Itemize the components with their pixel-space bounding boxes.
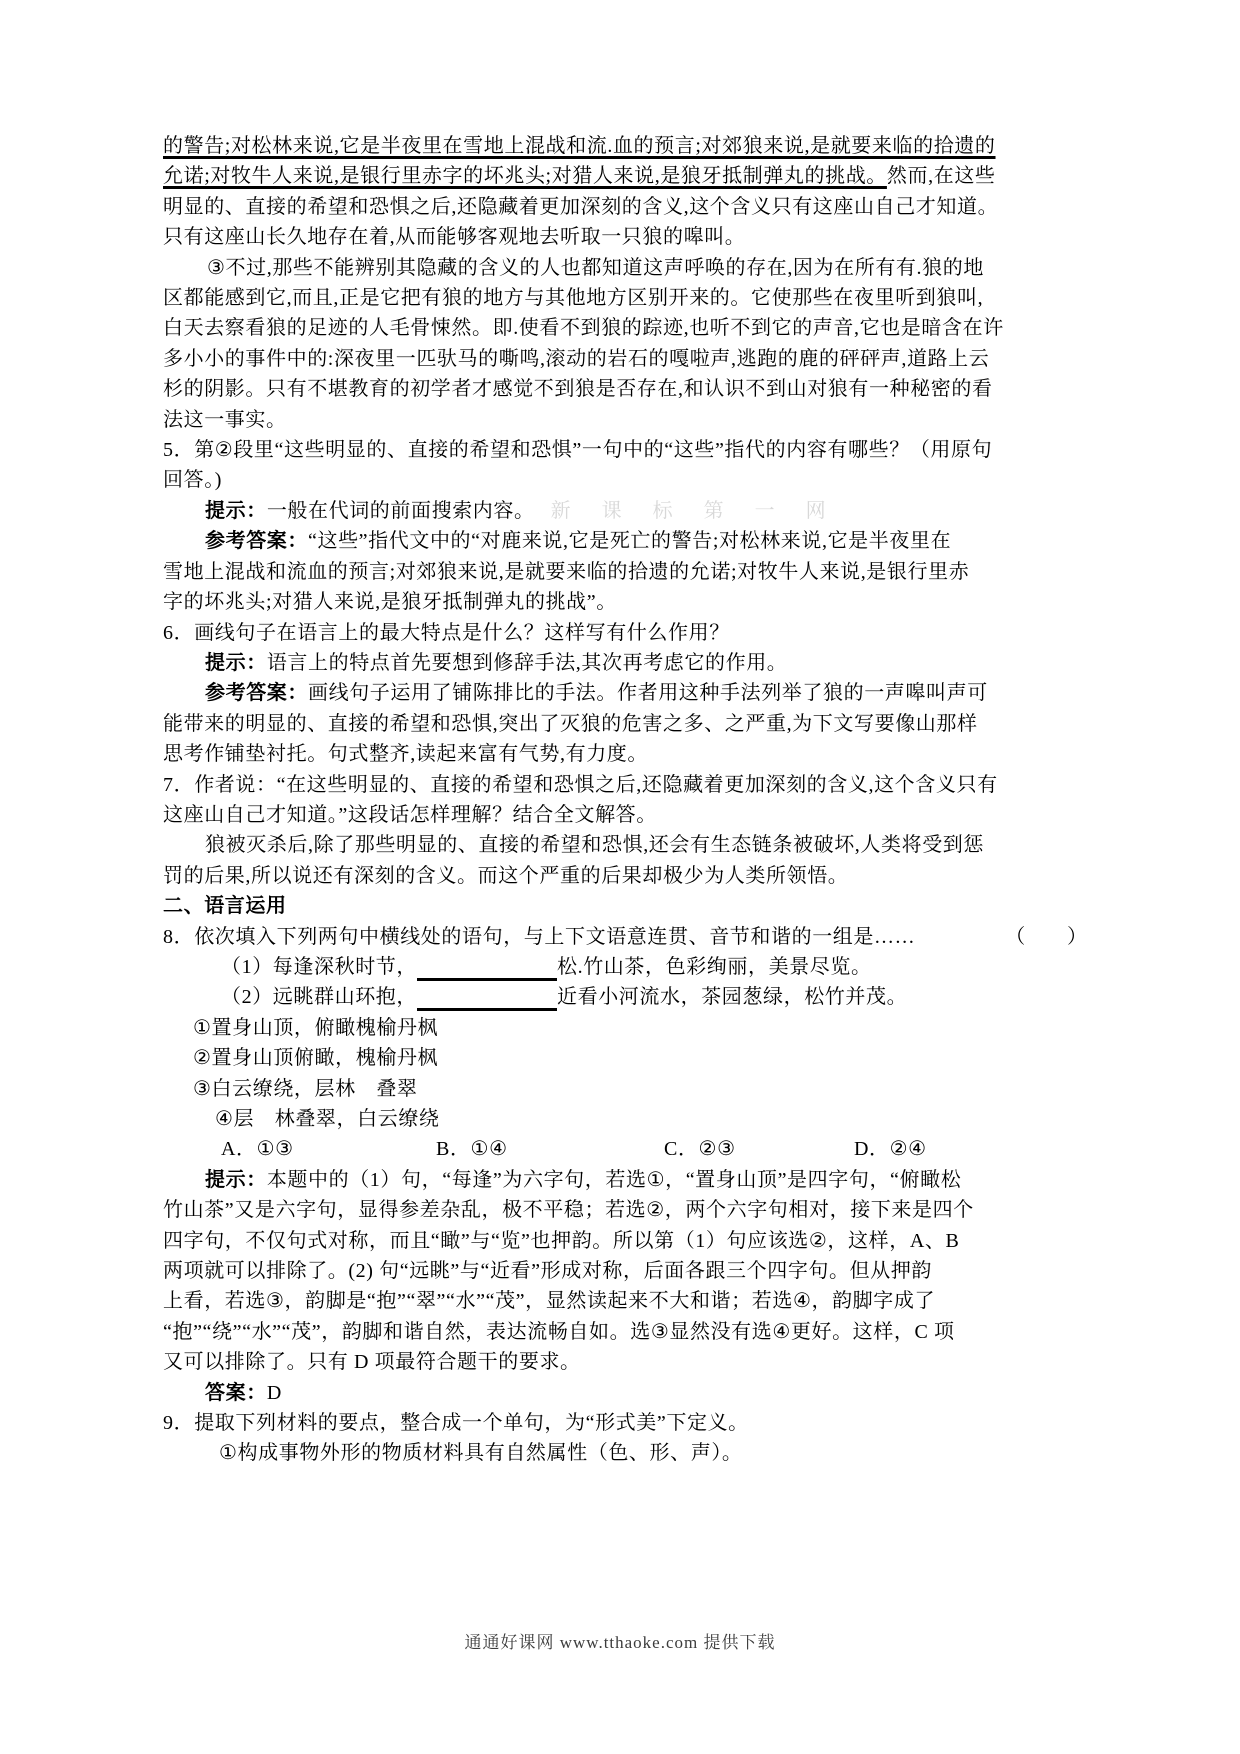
text-line: 多小小的事件中的:深夜里一匹驮马的嘶鸣,滚动的岩石的嘎啦声,逃跑的鹿的砰砰声,道…	[163, 344, 1088, 374]
text-line: 提示：本题中的（1）句，“每逢”为六字句，若选①，“置身山顶”是四字句，“俯瞰松	[163, 1165, 1088, 1195]
text-line: 的警告;对松林来说,它是半夜里在雪地上混战和流.血的预言;对郊狼来说,是就要来临…	[163, 131, 1088, 161]
text-run: 9．提取下列材料的要点，整合成一个单句，为“形式美”下定义。	[163, 1412, 749, 1434]
text-run: D	[267, 1382, 282, 1404]
text-run: （ ）	[1005, 926, 1087, 948]
text-run: 两项就可以排除了。(2) 句“远眺”与“近看”形成对称，后面各跟三个四字句。但从…	[163, 1260, 932, 1282]
text-run: “这些”指代文中的“对鹿来说,它是死亡的警告;对松林来说,它是半夜里在	[308, 530, 951, 552]
text-run: 然而,在这些	[887, 165, 996, 187]
text-line: 区都能感到它,而且,正是它把有狼的地方与其他地方区别开来的。它使那些在夜里听到狼…	[163, 283, 1088, 313]
text-line: ①置身山顶，俯瞰槐榆丹枫	[163, 1013, 1088, 1043]
text-run: 语言上的特点首先要想到修辞手法,其次再考虑它的作用。	[267, 652, 788, 674]
text-run: 竹山茶”又是六字句，显得参差杂乱，极不平稳；若选②，两个六字句相对，接下来是四个	[163, 1199, 974, 1221]
blank-underline	[417, 1008, 557, 1011]
option-item: A．①③	[221, 1134, 436, 1164]
text-run: ①置身山顶，俯瞰槐榆丹枫	[193, 1017, 438, 1039]
text-line: 雪地上混战和流血的预言;对郊狼来说,是就要来临的拾遗的允诺;对牧牛人来说,是银行…	[163, 557, 1088, 587]
watermark-text: 新 课 标 第 一 网	[551, 500, 839, 522]
text-run: ①构成事物外形的物质材料具有自然属性（色、形、声）。	[219, 1442, 743, 1464]
text-run: 能带来的明显的、直接的希望和恐惧,突出了灭狼的危害之多、之严重,为下文写要像山那…	[163, 713, 978, 735]
document-body: 的警告;对松林来说,它是半夜里在雪地上混战和流.血的预言;对郊狼来说,是就要来临…	[163, 131, 1088, 1469]
text-run: 5．第②段里“这些明显的、直接的希望和恐惧”一句中的“这些”指代的内容有哪些？（…	[163, 439, 992, 461]
text-run: 回答。)	[163, 469, 222, 491]
text-line: 这座山自己才知道。”这段话怎样理解？结合全文解答。	[163, 800, 1088, 830]
text-line: 参考答案：画线句子运用了铺陈排比的手法。作者用这种手法列举了狼的一声嗥叫声可	[163, 678, 1088, 708]
text-run: ③不过,那些不能辨别其隐藏的含义的人也都知道这声呼唤的存在,因为在所有有.狼的地	[207, 257, 984, 279]
text-line: 明显的、直接的希望和恐惧之后,还隐藏着更加深刻的含义,这个含义只有这座山自己才知…	[163, 192, 1088, 222]
text-run: 白天去察看狼的足迹的人毛骨悚然。即.使看不到狼的踪迹,也听不到它的声音,它也是暗…	[163, 317, 1004, 339]
text-line: 二、语言运用	[163, 891, 1088, 921]
text-line: 上看，若选③，韵脚是“抱”“翠”“水”“茂”，显然读起来不大和谐；若选④，韵脚字…	[163, 1286, 1088, 1316]
text-line: ①构成事物外形的物质材料具有自然属性（色、形、声）。	[163, 1438, 1088, 1468]
text-run: 画线句子运用了铺陈排比的手法。作者用这种手法列举了狼的一声嗥叫声可	[308, 682, 988, 704]
bold-label: 提示：	[205, 500, 267, 522]
text-run: ②置身山顶俯瞰，槐榆丹枫	[193, 1047, 438, 1069]
text-run: 狼被灭杀后,除了那些明显的、直接的希望和恐惧,还会有生态链条被破坏,人类将受到惩	[205, 834, 984, 856]
text-line: 7．作者说：“在这些明显的、直接的希望和恐惧之后,还隐藏着更加深刻的含义,这个含…	[163, 770, 1088, 800]
text-run: 雪地上混战和流血的预言;对郊狼来说,是就要来临的拾遗的允诺;对牧牛人来说,是银行…	[163, 561, 969, 583]
bold-label: 参考答案：	[205, 530, 308, 552]
text-run: 区都能感到它,而且,正是它把有狼的地方与其他地方区别开来的。它使那些在夜里听到狼…	[163, 287, 983, 309]
text-line: 答案：D	[163, 1378, 1088, 1408]
text-run: 明显的、直接的希望和恐惧之后,还隐藏着更加深刻的含义,这个含义只有这座山自己才知…	[163, 196, 998, 218]
text-line: 能带来的明显的、直接的希望和恐惧,突出了灭狼的危害之多、之严重,为下文写要像山那…	[163, 709, 1088, 739]
text-line: 允诺;对牧牛人来说,是银行里赤字的坏兆头;对猎人来说,是狼牙抵制弹丸的挑战。然而…	[163, 161, 1088, 191]
text-line: A．①③B．①④C．②③D．②④	[163, 1134, 1088, 1164]
footer-text: 通通好课网 www.tthaoke.com 提供下载	[0, 1628, 1240, 1653]
text-line: （2）远眺群山环抱，近看小河流水，茶园葱绿，松竹并茂。	[163, 982, 1088, 1012]
text-run: 8．依次填入下列两句中横线处的语句，与上下文语意连贯、音节和谐的一组是……	[163, 926, 915, 948]
bold-label: 提示：	[205, 1169, 267, 1191]
blank-underline	[417, 978, 557, 981]
text-line: 杉的阴影。只有不堪教育的初学者才感觉不到狼是否存在,和认识不到山对狼有一种秘密的…	[163, 374, 1088, 404]
text-line: ②置身山顶俯瞰，槐榆丹枫	[163, 1043, 1088, 1073]
underlined-text: 的警告;对松林来说,它是半夜里在雪地上混战和流.血的预言;对郊狼来说,是就要来临…	[163, 135, 996, 157]
text-run: ④层 林叠翠，白云缭绕	[215, 1108, 440, 1130]
text-run: 杉的阴影。只有不堪教育的初学者才感觉不到狼是否存在,和认识不到山对狼有一种秘密的…	[163, 378, 993, 400]
text-run: 多小小的事件中的:深夜里一匹驮马的嘶鸣,滚动的岩石的嘎啦声,逃跑的鹿的砰砰声,道…	[163, 348, 989, 370]
text-line: ④层 林叠翠，白云缭绕	[163, 1104, 1088, 1134]
text-line: 8．依次填入下列两句中横线处的语句，与上下文语意连贯、音节和谐的一组是……（ ）	[163, 922, 1088, 952]
text-line: （1）每逢深秋时节，松.竹山茶，色彩绚丽，美景尽览。	[163, 952, 1088, 982]
option-item: B．①④	[436, 1134, 664, 1164]
text-line: 竹山茶”又是六字句，显得参差杂乱，极不平稳；若选②，两个六字句相对，接下来是四个	[163, 1195, 1088, 1225]
text-run: 本题中的（1）句，“每逢”为六字句，若选①，“置身山顶”是四字句，“俯瞰松	[267, 1169, 962, 1191]
text-line: 9．提取下列材料的要点，整合成一个单句，为“形式美”下定义。	[163, 1408, 1088, 1438]
text-line: 6．画线句子在语言上的最大特点是什么？这样写有什么作用？	[163, 618, 1088, 648]
text-line: 回答。)	[163, 465, 1088, 495]
text-line: 又可以排除了。只有 D 项最符合题干的要求。	[163, 1347, 1088, 1377]
text-run: 上看，若选③，韵脚是“抱”“翠”“水”“茂”，显然读起来不大和谐；若选④，韵脚字…	[163, 1290, 935, 1312]
text-line: “抱”“绕”“水”“茂”，韵脚和谐自然，表达流畅自如。选③显然没有选④更好。这样…	[163, 1317, 1088, 1347]
text-line: 提示：一般在代词的前面搜索内容。新 课 标 第 一 网	[163, 496, 1088, 526]
option-item: C．②③	[664, 1134, 854, 1164]
text-run: 字的坏兆头;对猎人来说,是狼牙抵制弹丸的挑战”。	[163, 591, 617, 613]
text-run: 思考作铺垫衬托。句式整齐,读起来富有气势,有力度。	[163, 743, 648, 765]
text-run: （2）远眺群山环抱，	[221, 986, 417, 1008]
text-run: 近看小河流水，茶园葱绿，松竹并茂。	[557, 986, 907, 1008]
text-run: 又可以排除了。只有 D 项最符合题干的要求。	[163, 1351, 581, 1373]
text-run: 松.竹山茶，色彩绚丽，美景尽览。	[557, 956, 872, 978]
text-line: 参考答案：“这些”指代文中的“对鹿来说,它是死亡的警告;对松林来说,它是半夜里在	[163, 526, 1088, 556]
document-page: 的警告;对松林来说,它是半夜里在雪地上混战和流.血的预言;对郊狼来说,是就要来临…	[0, 0, 1240, 1754]
text-line: 白天去察看狼的足迹的人毛骨悚然。即.使看不到狼的踪迹,也听不到它的声音,它也是暗…	[163, 313, 1088, 343]
text-run: 这座山自己才知道。”这段话怎样理解？结合全文解答。	[163, 804, 657, 826]
text-line: 5．第②段里“这些明显的、直接的希望和恐惧”一句中的“这些”指代的内容有哪些？（…	[163, 435, 1088, 465]
text-line: 字的坏兆头;对猎人来说,是狼牙抵制弹丸的挑战”。	[163, 587, 1088, 617]
text-run: 6．画线句子在语言上的最大特点是什么？这样写有什么作用？	[163, 622, 730, 644]
text-run: 法这一事实。	[163, 409, 287, 431]
underlined-text: 允诺;对牧牛人来说,是银行里赤字的坏兆头;对猎人来说,是狼牙抵制弹丸的挑战。	[163, 165, 887, 187]
text-line: 两项就可以排除了。(2) 句“远眺”与“近看”形成对称，后面各跟三个四字句。但从…	[163, 1256, 1088, 1286]
text-run: 7．作者说：“在这些明显的、直接的希望和恐惧之后,还隐藏着更加深刻的含义,这个含…	[163, 774, 998, 796]
text-run: 四字句，不仅句式对称，而且“瞰”与“览”也押韵。所以第（1）句应该选②，这样，A…	[163, 1230, 959, 1252]
text-line: ③白云缭绕，层林 叠翠	[163, 1074, 1088, 1104]
text-run: 罚的后果,所以说还有深刻的含义。而这个严重的后果却极少为人类所领悟。	[163, 865, 848, 887]
text-run: “抱”“绕”“水”“茂”，韵脚和谐自然，表达流畅自如。选③显然没有选④更好。这样…	[163, 1321, 955, 1343]
text-line: 提示：语言上的特点首先要想到修辞手法,其次再考虑它的作用。	[163, 648, 1088, 678]
text-run: 只有这座山长久地存在着,从而能够客观地去听取一只狼的嗥叫。	[163, 226, 745, 248]
text-line: 狼被灭杀后,除了那些明显的、直接的希望和恐惧,还会有生态链条被破坏,人类将受到惩	[163, 830, 1088, 860]
bold-label: 提示：	[205, 652, 267, 674]
text-line: 四字句，不仅句式对称，而且“瞰”与“览”也押韵。所以第（1）句应该选②，这样，A…	[163, 1226, 1088, 1256]
bold-label: 答案：	[205, 1382, 267, 1404]
text-run: （1）每逢深秋时节，	[221, 956, 417, 978]
text-line: 只有这座山长久地存在着,从而能够客观地去听取一只狼的嗥叫。	[163, 222, 1088, 252]
text-line: 思考作铺垫衬托。句式整齐,读起来富有气势,有力度。	[163, 739, 1088, 769]
text-line: 罚的后果,所以说还有深刻的含义。而这个严重的后果却极少为人类所领悟。	[163, 861, 1088, 891]
text-run: ③白云缭绕，层林 叠翠	[193, 1078, 418, 1100]
text-run: D．②④	[854, 1138, 927, 1160]
bold-label: 二、语言运用	[163, 895, 287, 917]
text-line: ③不过,那些不能辨别其隐藏的含义的人也都知道这声呼唤的存在,因为在所有有.狼的地	[163, 253, 1088, 283]
text-line: 法这一事实。	[163, 405, 1088, 435]
text-run: 一般在代词的前面搜索内容。	[267, 500, 535, 522]
bold-label: 参考答案：	[205, 682, 308, 704]
